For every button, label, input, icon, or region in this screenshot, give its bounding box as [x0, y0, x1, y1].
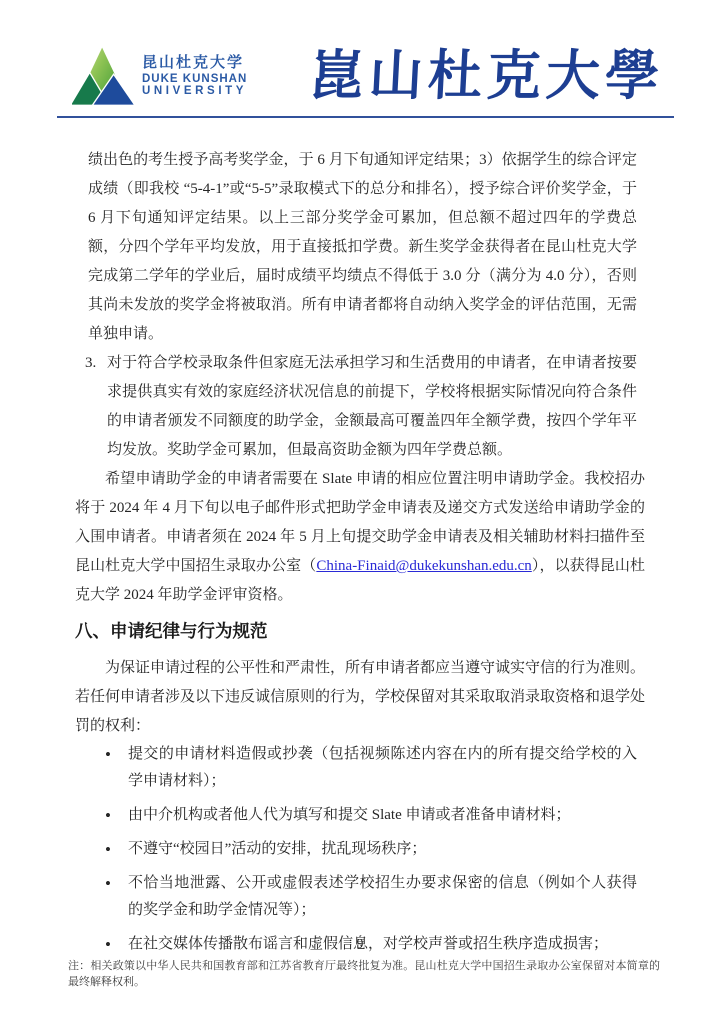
logo-cn-name: 昆山杜克大学	[142, 55, 247, 71]
page-number: 9	[0, 936, 720, 952]
section-heading: 八、申请纪律与行为规范	[75, 618, 645, 644]
bullet-item: 提交的申请材料造假或抄袭（包括视频陈述内容在内的所有提交给学校的入学申请材料）；	[75, 741, 637, 795]
violation-bullet-list: 提交的申请材料造假或抄袭（包括视频陈述内容在内的所有提交给学校的入学申请材料）；…	[75, 741, 637, 958]
footnote: 注：相关政策以中华人民共和国教育部和江苏省教育厅最终批复为准。昆山杜克大学中国招…	[68, 959, 660, 990]
document-page: { "colors": { "brand_blue": "#1d3e92", "…	[0, 0, 720, 1018]
document-body: 绩出色的考生授予高考奖学金，于 6 月下旬通知评定结果；3）依据学生的综合评定成…	[0, 118, 720, 958]
bullet-item: 不恰当地泄露、公开或虚假表述学校招生办要求保密的信息（例如个人获得的奖学金和助学…	[75, 870, 637, 924]
numbered-item-3: 3. 对于符合学校录取条件但家庭无法承担学习和生活费用的申请者，在申请者按要求提…	[85, 349, 637, 465]
email-link[interactable]: China-Finaid@dukekunshan.edu.cn	[316, 558, 531, 574]
item-number: 3.	[85, 349, 107, 465]
logo-en-line2: UNIVERSITY	[142, 85, 247, 97]
university-logo: 昆山杜克大学 DUKE KUNSHAN UNIVERSITY	[72, 44, 247, 108]
financial-aid-paragraph: 希望申请助学金的申请者需要在 Slate 申请的相应位置注明申请助学金。我校招办…	[75, 465, 645, 610]
scholarship-paragraph-continuation: 绩出色的考生授予高考奖学金，于 6 月下旬通知评定结果；3）依据学生的综合评定成…	[88, 146, 637, 349]
item-text: 对于符合学校录取条件但家庭无法承担学习和生活费用的申请者，在申请者按要求提供真实…	[107, 349, 637, 465]
bullet-item: 不遵守“校园日”活动的安排，扰乱现场秩序；	[75, 836, 637, 863]
mountain-logo-icon	[72, 44, 134, 108]
logo-en-line1: DUKE KUNSHAN	[142, 73, 247, 85]
logo-wordmark: 昆山杜克大学 DUKE KUNSHAN UNIVERSITY	[142, 55, 247, 97]
page-header: 昆山杜克大学 DUKE KUNSHAN UNIVERSITY 崑山杜克大學	[0, 0, 720, 108]
bullet-item: 由中介机构或者他人代为填写和提交 Slate 申请或者准备申请材料；	[75, 802, 637, 829]
section-intro-paragraph: 为保证申请过程的公平性和严肃性，所有申请者都应当遵守诚实守信的行为准则。若任何申…	[75, 654, 645, 741]
calligraphy-title: 崑山杜克大學	[308, 46, 665, 105]
